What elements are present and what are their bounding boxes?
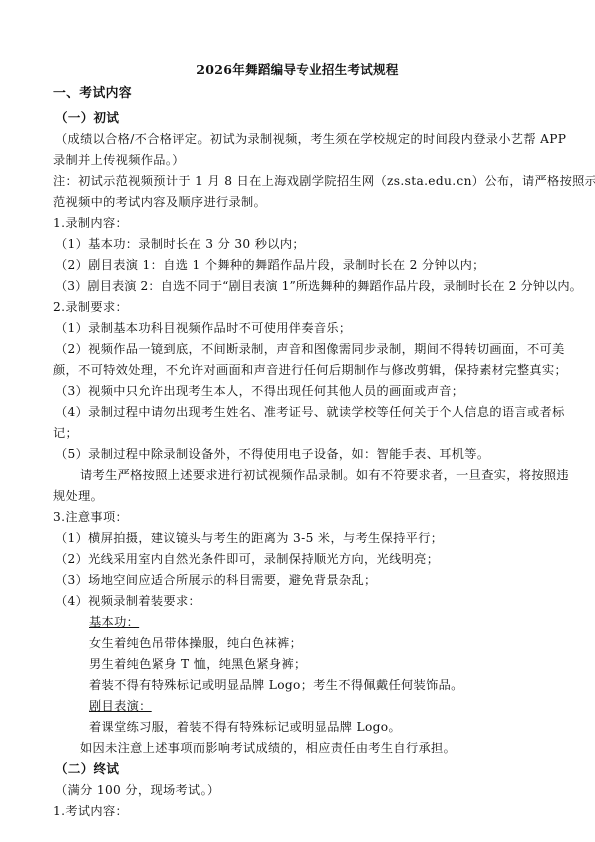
strict-notice-line: 请考生严格按照上述要求进行初试视频作品录制。如有不符要求者，一旦查实，将按照违 <box>80 467 575 483</box>
recording-content-item: （2）剧目表演 1：自选 1 个舞种的舞蹈作品片段，录制时长在 2 分钟以内； <box>55 257 550 273</box>
attire-basic-line: 着装不得有特殊标记或明显品牌 Logo；考生不得佩戴任何装饰品。 <box>89 677 584 693</box>
recording-content-item: （3）剧目表演 2：自选不同于“剧目表演 1”所选舞种的舞蹈作品片段，录制时长在… <box>55 278 550 294</box>
attire-basic-line: 女生着纯色吊带体操服，纯白色袜裤； <box>89 635 584 651</box>
attire-performance-label: 剧目表演： <box>89 698 584 714</box>
subsection-heading-preliminary: （一）初试 <box>55 110 550 126</box>
responsibility-line: 如因未注意上述事项而影响考试成绩的，相应责任由考生自行承担。 <box>80 740 575 756</box>
recording-requirement-line: （2）视频作品一镜到底，不间断录制，声音和图像需同步录制，期间不得转切画面，不可… <box>55 341 550 357</box>
attire-basic-label: 基本功： <box>89 614 584 630</box>
notes-item: （3）场地空间应适合所展示的科目需要，避免背景杂乱； <box>55 572 550 588</box>
recording-requirement-line: （4）录制过程中请勿出现考生姓名、准考证号、就读学校等任何关于个人信息的语言或者… <box>55 404 550 420</box>
document-page: 2026年舞蹈编导专业招生考试规程 一、考试内容 （一）初试 （成绩以合格/不合… <box>0 0 595 842</box>
section-heading-exam-content: 一、考试内容 <box>53 86 548 102</box>
attire-basic-line: 男生着纯色紧身 T 恤，纯黑色紧身裤； <box>89 656 584 672</box>
attire-performance-line: 着课堂练习服，着装不得有特殊标记或明显品牌 Logo。 <box>89 719 584 735</box>
document-title: 2026年舞蹈编导专业招生考试规程 <box>0 62 595 78</box>
strict-notice-line: 规处理。 <box>53 488 548 504</box>
recording-content-heading: 1.录制内容： <box>53 215 548 231</box>
recording-requirement-line: （3）视频中只允许出现考生本人，不得出现任何其他人员的画面或声音； <box>55 383 550 399</box>
recording-requirement-line: 颜，不可特效处理，不允许对画面和声音进行任何后期制作与修改剪辑，保持素材完整真实… <box>53 362 548 378</box>
preliminary-note-line: 注：初试示范视频预计于 1 月 8 日在上海戏剧学院招生网（zs.sta.edu… <box>53 173 548 189</box>
recording-requirement-line: （5）录制过程中除录制设备外，不得使用电子设备，如：智能手表、耳机等。 <box>55 446 550 462</box>
final-score-line: （满分 100 分，现场考试。） <box>55 782 550 798</box>
notes-heading: 3.注意事项： <box>53 509 548 525</box>
notes-item: （1）横屏拍摄，建议镜头与考生的距离为 3-5 米，与考生保持平行； <box>55 530 550 546</box>
recording-requirement-line: 记； <box>53 425 548 441</box>
subsection-heading-final: （二）终试 <box>55 761 550 777</box>
final-content-heading: 1.考试内容： <box>53 803 548 819</box>
preliminary-intro-line: 录制并上传视频作品。） <box>53 152 548 168</box>
preliminary-intro-line: （成绩以合格/不合格评定。初试为录制视频，考生须在学校规定的时间段内登录小艺帮 … <box>55 131 550 147</box>
recording-requirement-line: （1）录制基本功科目视频作品时不可使用伴奏音乐； <box>55 320 550 336</box>
preliminary-note-line: 范视频中的考试内容及顺序进行录制。 <box>53 194 548 210</box>
recording-requirements-heading: 2.录制要求： <box>53 299 548 315</box>
notes-item: （2）光线采用室内自然光条件即可，录制保持顺光方向，光线明亮； <box>55 551 550 567</box>
recording-content-item: （1）基本功：录制时长在 3 分 30 秒以内； <box>55 236 550 252</box>
notes-item: （4）视频录制着装要求： <box>55 593 550 609</box>
